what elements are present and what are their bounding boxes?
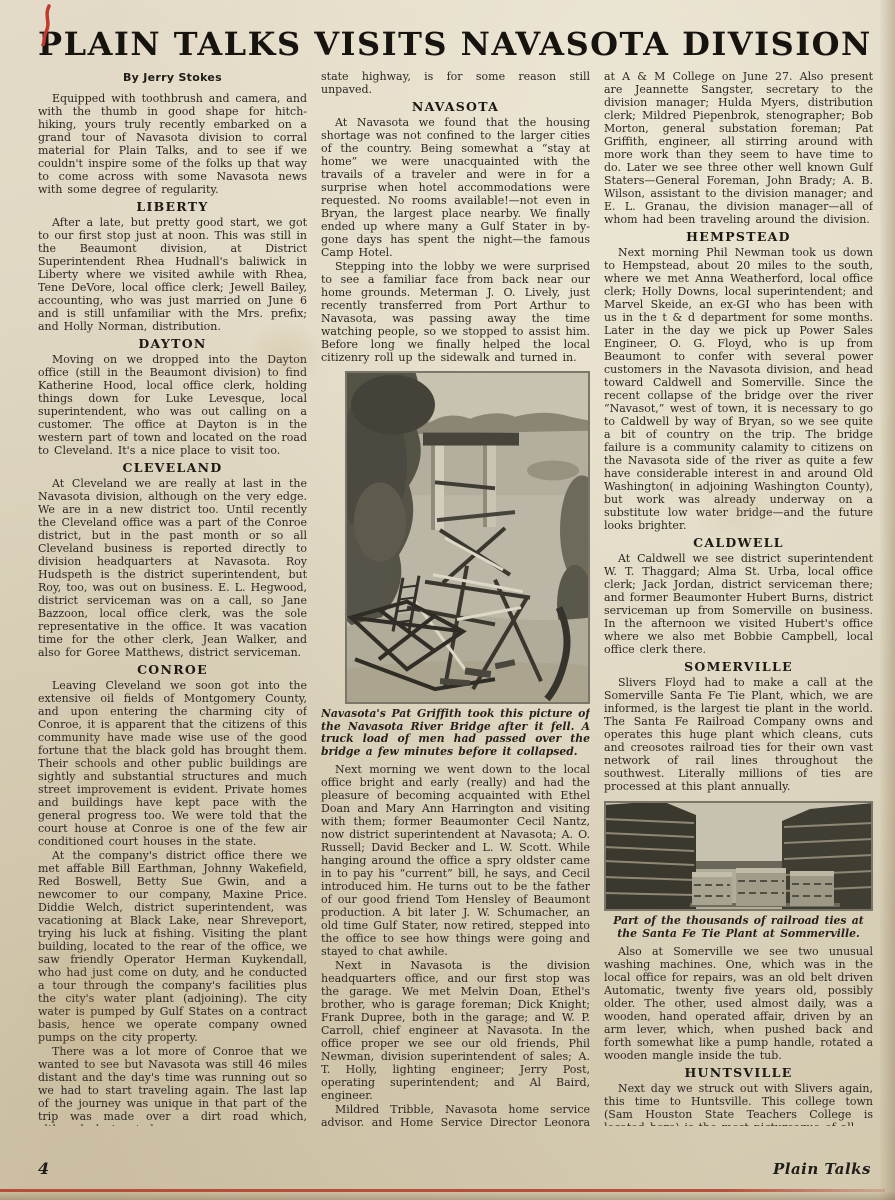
paragraph: At Cleveland we are really at last in th… xyxy=(38,477,307,659)
paragraph: Stepping into the lobby we were surprise… xyxy=(321,260,590,364)
footer-magazine-name: Plain Talks xyxy=(773,1160,871,1178)
paragraph: Mildred Tribble, Navasota home service a… xyxy=(321,1103,590,1126)
paragraph: at A & M College on June 27. Also presen… xyxy=(604,70,873,226)
section-heading-huntsville: HUNTSVILLE xyxy=(604,1064,873,1081)
railroad-ties-photo xyxy=(604,801,873,911)
paragraph: Next morning Phil Newman took us down to… xyxy=(604,246,873,532)
section-heading-somerville: SOMERVILLE xyxy=(604,658,873,675)
paragraph: state highway, is for some reason still … xyxy=(321,70,590,96)
section-heading-navasota: NAVASOTA xyxy=(321,98,590,115)
magazine-page: PLAIN TALKS VISITS NAVASOTA DIVISION By … xyxy=(0,0,895,1200)
paragraph: At the company's district office there w… xyxy=(38,849,307,1044)
paragraph: Leaving Cleveland we soon got into the e… xyxy=(38,679,307,848)
bridge-collapse-photo xyxy=(345,371,590,704)
paragraph: Slivers Floyd had to make a call at the … xyxy=(604,676,873,793)
bridge-collapse-photo-figure: Navasota's Pat Griffith took this pictur… xyxy=(321,371,590,758)
paper-edge-shadow xyxy=(0,1191,895,1200)
tie-plant-photo-figure: Part of the thousands of railroad ties a… xyxy=(604,801,873,940)
paragraph: At Caldwell we see district superintende… xyxy=(604,552,873,656)
section-heading-caldwell: CALDWELL xyxy=(604,534,873,551)
ties-photo-caption: Part of the thousands of railroad ties a… xyxy=(604,915,873,940)
byline: By Jerry Stokes xyxy=(38,70,307,85)
paper-edge-shadow xyxy=(879,0,895,1200)
page-footer: 4 Plain Talks xyxy=(38,1159,871,1178)
section-heading-liberty: LIBERTY xyxy=(38,198,307,215)
paragraph: Equipped with toothbrush and camera, and… xyxy=(38,92,307,196)
paragraph: Also at Somerville we see two unusual wa… xyxy=(604,945,873,1062)
column-1: By Jerry Stokes Equipped with toothbrush… xyxy=(38,70,307,1126)
paragraph: Moving on we dropped into the Dayton off… xyxy=(38,353,307,457)
red-pen-mark xyxy=(38,4,58,46)
paragraph: Next in Navasota is the division headqua… xyxy=(321,959,590,1102)
page-title: PLAIN TALKS VISITS NAVASOTA DIVISION xyxy=(38,26,875,62)
section-heading-hempstead: HEMPSTEAD xyxy=(604,228,873,245)
paragraph: Next morning we went down to the local o… xyxy=(321,763,590,958)
footer-page-number: 4 xyxy=(38,1159,49,1178)
paragraph: At Navasota we found that the housing sh… xyxy=(321,116,590,259)
section-heading-dayton: DAYTON xyxy=(38,335,307,352)
paragraph: After a late, but pretty good start, we … xyxy=(38,216,307,333)
section-heading-cleveland: CLEVELAND xyxy=(38,459,307,476)
section-heading-conroe: CONROE xyxy=(38,661,307,678)
bridge-photo-caption: Navasota's Pat Griffith took this pictur… xyxy=(321,708,590,758)
paragraph: Next day we struck out with Slivers agai… xyxy=(604,1082,873,1126)
column-3: at A & M College on June 27. Also presen… xyxy=(604,70,873,1126)
article-columns: By Jerry Stokes Equipped with toothbrush… xyxy=(38,70,873,1126)
column-2: state highway, is for some reason still … xyxy=(321,70,590,1126)
paragraph: There was a lot more of Conroe that we w… xyxy=(38,1045,307,1126)
